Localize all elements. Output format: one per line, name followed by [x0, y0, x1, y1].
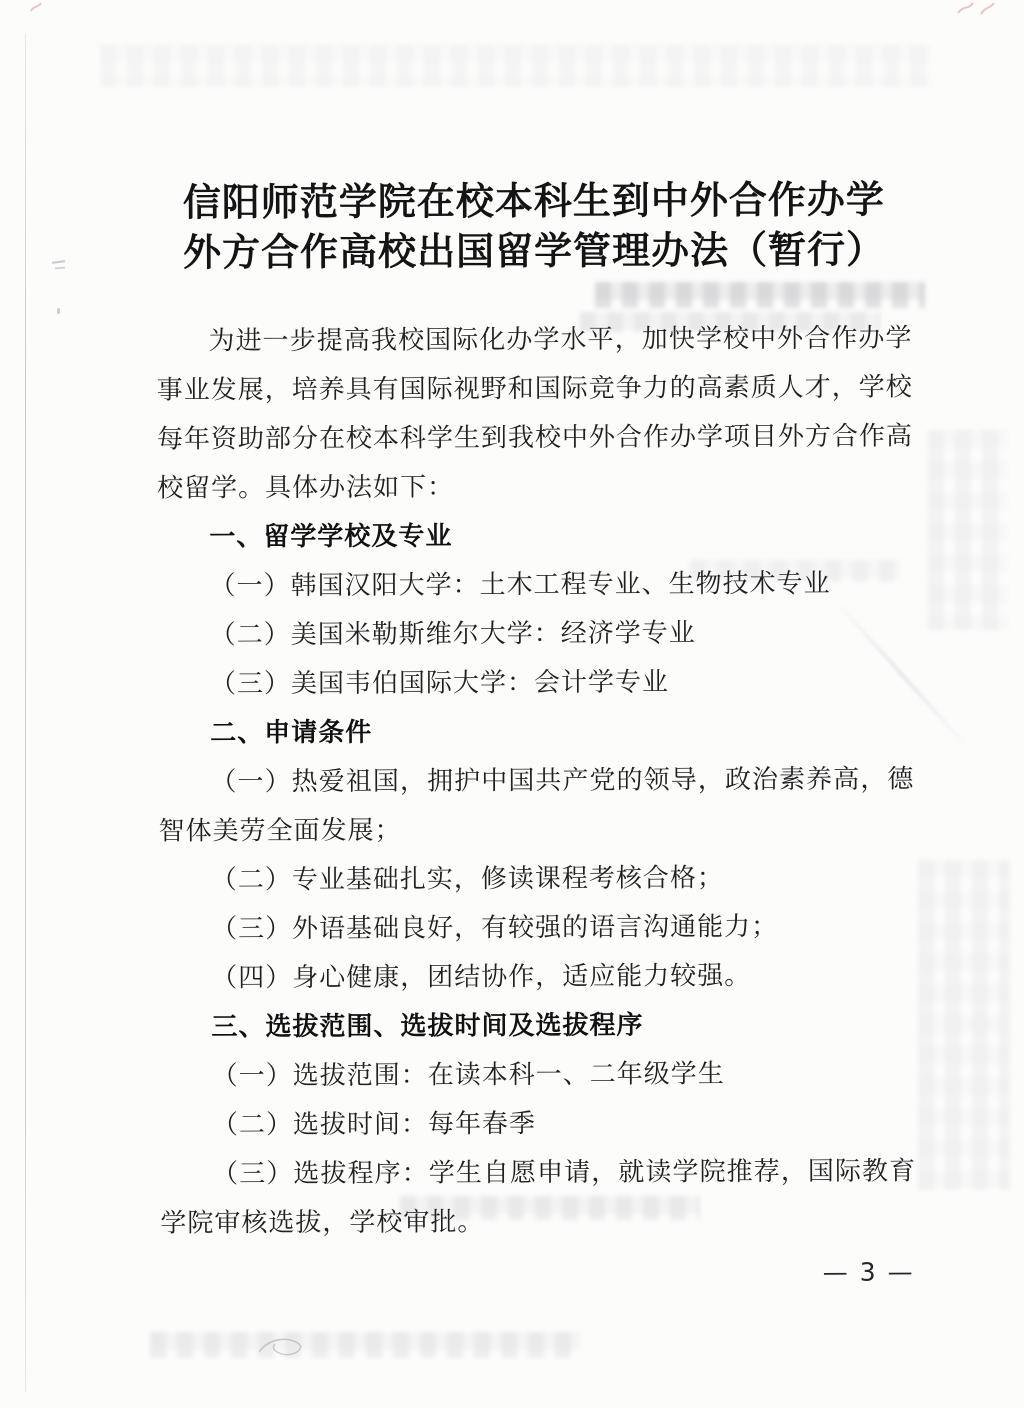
- title-line-1: 信阳师范学院在校本科生到中外合作办学: [156, 174, 912, 227]
- section-2-heading: 二、申请条件: [158, 706, 914, 758]
- intro-paragraph: 为进一步提高我校国际化办学水平，加快学校中外合作办学事业发展，培养具有国际视野和…: [156, 314, 913, 513]
- document-body: 为进一步提高我校国际化办学水平，加快学校中外合作办学事业发展，培养具有国际视野和…: [156, 314, 916, 1248]
- bleedthrough-ghost: [928, 430, 1008, 630]
- page-number: — 3 —: [823, 1256, 915, 1288]
- document-title: 信阳师范学院在校本科生到中外合作办学 外方合作高校出国留学管理办法（暂行）: [156, 174, 912, 277]
- section-1-heading: 一、留学学校及专业: [157, 510, 913, 562]
- scanned-document-page: 信阳师范学院在校本科生到中外合作办学 外方合作高校出国留学管理办法（暂行） 为进…: [0, 0, 1024, 1408]
- section-3-heading: 三、选拔范围、选拔时间及选拔程序: [159, 1000, 915, 1052]
- section-1-item-3: （三）美国韦伯国际大学：会计学专业: [158, 657, 914, 709]
- red-ink-mark-top-left: [30, 2, 42, 14]
- section-2-item-4: （四）身心健康，团结协作，适应能力较强。: [159, 951, 915, 1003]
- section-3-item-1: （一）选拔范围：在读本科一、二年级学生: [160, 1049, 916, 1101]
- section-2-item-1: （一）热爱祖国，拥护中国共产党的领导，政治素养高，德智体美劳全面发展；: [158, 755, 914, 856]
- section-1-item-1: （一）韩国汉阳大学：土木工程专业、生物技术专业: [157, 559, 913, 611]
- pencil-mark: [55, 267, 65, 270]
- pencil-speck: [57, 308, 60, 314]
- title-line-2: 外方合作高校出国留学管理办法（暂行）: [156, 224, 912, 277]
- section-3-item-2: （二）选拔时间：每年春季: [160, 1098, 916, 1150]
- section-3-item-3: （三）选拔程序：学生自愿申请，就读学院推荐，国际教育学院审核选拔，学校审批。: [160, 1147, 916, 1248]
- section-2-item-2: （二）专业基础扎实，修读课程考核合格；: [159, 853, 915, 905]
- document-content: 信阳师范学院在校本科生到中外合作办学 外方合作高校出国留学管理办法（暂行） 为进…: [155, 0, 917, 1408]
- pencil-mark: [52, 260, 65, 264]
- section-1-item-2: （二）美国米勒斯维尔大学：经济学专业: [158, 608, 914, 660]
- section-2-item-3: （三）外语基础良好，有较强的语言沟通能力；: [159, 902, 915, 954]
- bleedthrough-ghost: [918, 860, 1010, 1190]
- scan-page-edge: [25, 34, 26, 1392]
- red-ink-mark-top-right: [956, 1, 996, 16]
